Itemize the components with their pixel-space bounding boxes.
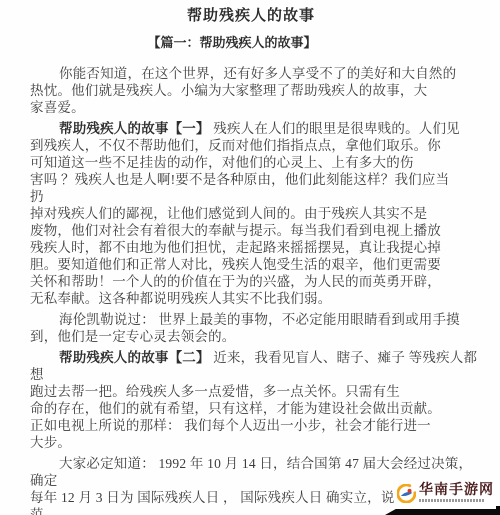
text-line: 跑过去帮一把。给残疾人多一点爱惜，多一点关怀。只需有生 bbox=[30, 383, 472, 400]
text-line: 命的存在，他们的就有希望，只有这样，才能为建设社会做出贡献。 bbox=[30, 400, 472, 417]
watermark: 华南手游网 bbox=[395, 481, 496, 509]
text-line: 帮助残疾人的故事【二】 近来，我看见盲人、瞎子、瘫子 等残疾人都 bbox=[30, 349, 472, 366]
watermark-url-strip bbox=[419, 499, 485, 502]
bold-section-label: 帮助残疾人的故事【二】 bbox=[59, 350, 210, 365]
text-line: 扔 bbox=[30, 188, 472, 205]
paragraph: 帮助残疾人的故事【一】 残疾人在人们的眼里是很卑贱的。人们见到残疾人，不仅不帮助… bbox=[30, 120, 472, 307]
text-line: 帮助残疾人的故事【一】 残疾人在人们的眼里是很卑贱的。人们见 bbox=[30, 120, 472, 137]
text-line: 残疾人时，都不由地为他们担忧，走起路来摇摇摆晃，真让我提心掉 bbox=[30, 239, 472, 256]
document-body: 帮助残疾人的故事 【篇一：帮助残疾人的故事】 你能否知道，在这个世界，还有好多人… bbox=[0, 0, 500, 515]
text-line: 到，他们是一定专心灵去领会的。 bbox=[30, 328, 472, 345]
text-line: 正如电视上所说的那样： 我们每个人迈出一小步，社会才能行进一 bbox=[30, 417, 472, 434]
paragraph: 你能否知道，在这个世界，还有好多人享受不了的美好和大自然的热忱。他们就是残疾人。… bbox=[30, 65, 472, 116]
watermark-site-name: 华南手游网 bbox=[419, 482, 494, 497]
document-paragraphs: 你能否知道，在这个世界，还有好多人享受不了的美好和大自然的热忱。他们就是残疾人。… bbox=[30, 65, 472, 515]
swirl-globe-icon bbox=[397, 484, 416, 508]
text-line: 大家必定知道： 1992 年 10 月 14 日，结合国第 47 届大会经过决策… bbox=[30, 455, 472, 472]
document-subtitle: 【篇一：帮助残疾人的故事】 bbox=[11, 35, 453, 50]
bold-section-label: 帮助残疾人的故事【一】 bbox=[59, 121, 210, 136]
text-line: 胆。要知道他们和正常人对比，残疾人饱受生活的艰辛，他们更需要 bbox=[30, 256, 472, 273]
text-line: 可知道这一些不足挂齿的动作，对他们的心灵上、上有多大的伤 bbox=[30, 154, 472, 171]
document-page: 帮助残疾人的故事 【篇一：帮助残疾人的故事】 你能否知道，在这个世界，还有好多人… bbox=[0, 0, 500, 515]
paragraph: 海伦凯勒说过： 世界上最美的事物，不必定能用眼睛看到或用手摸到，他们是一定专心灵… bbox=[30, 311, 472, 345]
text-line: 废物，他们对社会有着很大的奉献与提示。每当我们看到电视上播放 bbox=[30, 222, 472, 239]
text-line: 想 bbox=[30, 366, 472, 383]
text-line: 家喜爱。 bbox=[30, 99, 472, 116]
paragraph: 帮助残疾人的故事【二】 近来，我看见盲人、瞎子、瘫子 等残疾人都想跑过去帮一把。… bbox=[30, 349, 472, 451]
text-line: 你能否知道，在这个世界，还有好多人享受不了的美好和大自然的 bbox=[30, 65, 472, 82]
text-line: 到残疾人，不仅不帮助他们，反而对他们指指点点，拿他们取乐。你 bbox=[30, 137, 472, 154]
text-line: 无私奉献。这各种都说明残疾人其实不比我们弱。 bbox=[30, 290, 472, 307]
text-line: 海伦凯勒说过： 世界上最美的事物，不必定能用眼睛看到或用手摸 bbox=[30, 311, 472, 328]
text-line: 害吗 ？残疾人也是人啊!要不是各种原由，他们此刻能这样？我们应当 bbox=[30, 171, 472, 188]
watermark-text-column: 华南手游网 bbox=[419, 482, 494, 502]
document-title: 帮助残疾人的故事 bbox=[30, 7, 472, 26]
text-line: 大步。 bbox=[30, 434, 472, 451]
text-line: 掉对残疾人们的鄙视，让他们感觉到人间的。由于残疾人其实不是 bbox=[30, 205, 472, 222]
text-line: 关怀和帮助！一个人的的价值在于为的兴盛，为人民的而英勇开辟， bbox=[30, 273, 472, 290]
text-line: 热忱。他们就是残疾人。小编为大家整理了帮助残疾人的故事，大 bbox=[30, 82, 472, 99]
